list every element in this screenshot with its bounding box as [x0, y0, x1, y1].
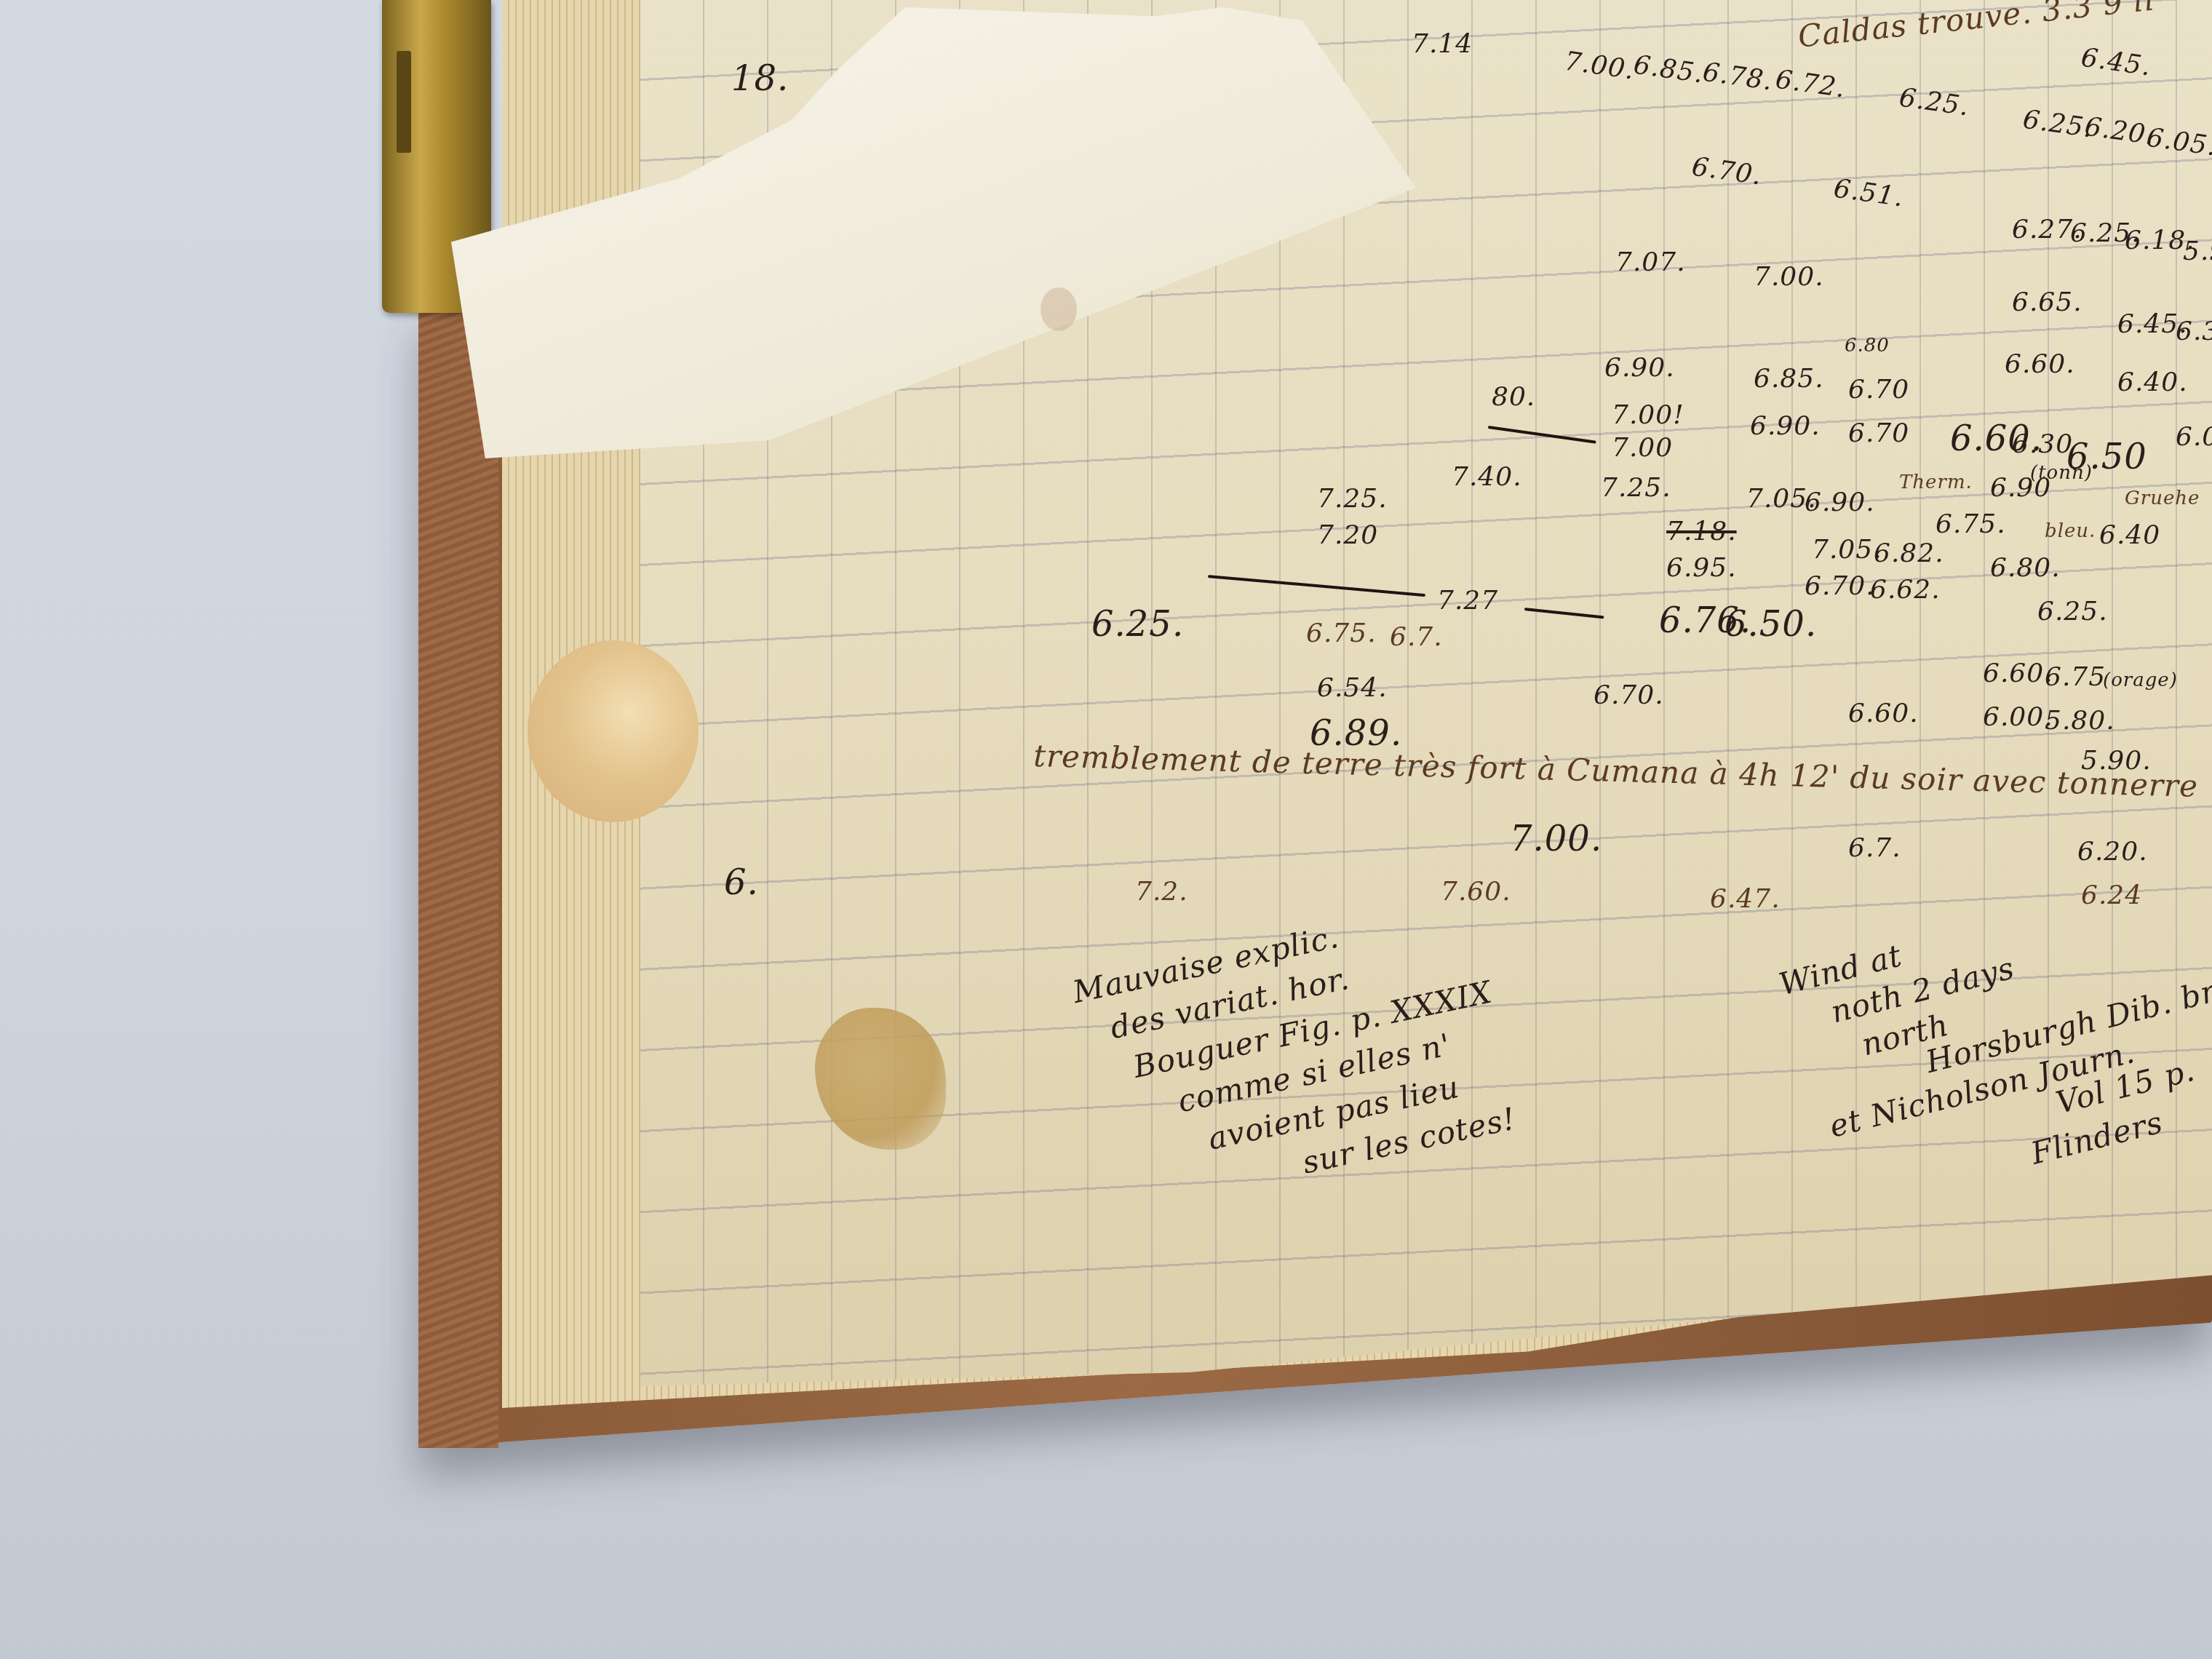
- value: 7.00.: [1754, 262, 1824, 292]
- value: 5.9: [2183, 236, 2212, 266]
- value: 7.18.: [1666, 517, 1737, 546]
- annotation-gruehe: Gruehe: [2125, 488, 2200, 509]
- value: 6.90: [1990, 473, 2051, 503]
- value: 6.75: [2045, 662, 2106, 692]
- value: 7.25.: [1317, 484, 1388, 514]
- row-label: 6.: [724, 862, 759, 903]
- value: 7.00!: [1612, 400, 1684, 430]
- photo-scene: 18. 6. Caldas trouve. 3.3 9 li 6.25 7.14…: [0, 0, 2212, 1659]
- value: 7.2.: [1135, 877, 1188, 907]
- value: 6.00.: [1983, 702, 2053, 732]
- value: 6.82.: [1874, 538, 1944, 568]
- value: 7.20: [1317, 520, 1378, 550]
- leather-cover-edge: [418, 306, 498, 1448]
- annotation-thermo: Therm.: [1899, 472, 1973, 493]
- row-label: 18.: [731, 58, 789, 99]
- value: 6.25.: [2037, 597, 2108, 626]
- value: 6.40.: [2117, 367, 2188, 397]
- value: 7.00: [1612, 433, 1673, 463]
- value: 6.70: [1848, 375, 1909, 405]
- value: 6.60.: [1983, 659, 2053, 688]
- value: 6.20.: [2077, 837, 2148, 867]
- value: 6.90.: [1805, 488, 1875, 517]
- value: 6.95.: [1666, 553, 1737, 583]
- value: 7.00.: [1510, 819, 1602, 859]
- value: 5.80.: [2045, 706, 2115, 736]
- value: 6.40: [2099, 520, 2160, 550]
- value: 6.65.: [2012, 287, 2082, 317]
- value: 6.24: [2081, 880, 2142, 910]
- value: 6.7.: [1848, 833, 1901, 863]
- value: 6.75.: [1306, 618, 1377, 648]
- struck-value: [1706, 415, 1757, 437]
- value: 7.25.: [1601, 473, 1671, 503]
- slip-spot: [1041, 287, 1077, 331]
- value: 7.27: [1437, 586, 1498, 616]
- value: 7.07.: [1615, 247, 1686, 277]
- value: 6.54.: [1317, 673, 1388, 703]
- annotation-orage: (orage): [2103, 669, 2178, 691]
- value: 6.62.: [1870, 575, 1941, 605]
- value: 7.60.: [1441, 877, 1511, 907]
- value: 7.05.: [1812, 535, 1882, 565]
- value: 6.47.: [1710, 884, 1781, 914]
- value: 6.60.: [2005, 349, 2075, 379]
- value: 6.90.: [1750, 411, 1821, 441]
- value: 80.: [1492, 382, 1535, 412]
- value: 6.80.: [1990, 553, 2061, 583]
- value: 6.25.: [1091, 604, 1184, 645]
- value: 6.80: [1845, 335, 1890, 357]
- wax-seal-icon: [528, 640, 699, 822]
- value: 7.40.: [1452, 462, 1522, 492]
- value: 6.85.: [1754, 364, 1824, 394]
- value: 6.30: [2176, 317, 2212, 346]
- annotation-blue: bleu.: [2045, 520, 2096, 542]
- value: 7.14: [1412, 29, 1473, 59]
- value: 6.70.: [1594, 680, 1664, 710]
- value: 6.30: [2012, 429, 2073, 459]
- value: 6.75.: [1935, 509, 2006, 539]
- value: 6.50.: [1724, 604, 1817, 645]
- value: 6.70.: [1805, 571, 1875, 601]
- value: 6.70: [1848, 418, 1909, 448]
- value: 6.90.: [1604, 353, 1675, 383]
- value: 6.60.: [1848, 699, 1919, 728]
- value: 6.7.: [1390, 622, 1443, 652]
- value: 6.00: [2176, 422, 2212, 452]
